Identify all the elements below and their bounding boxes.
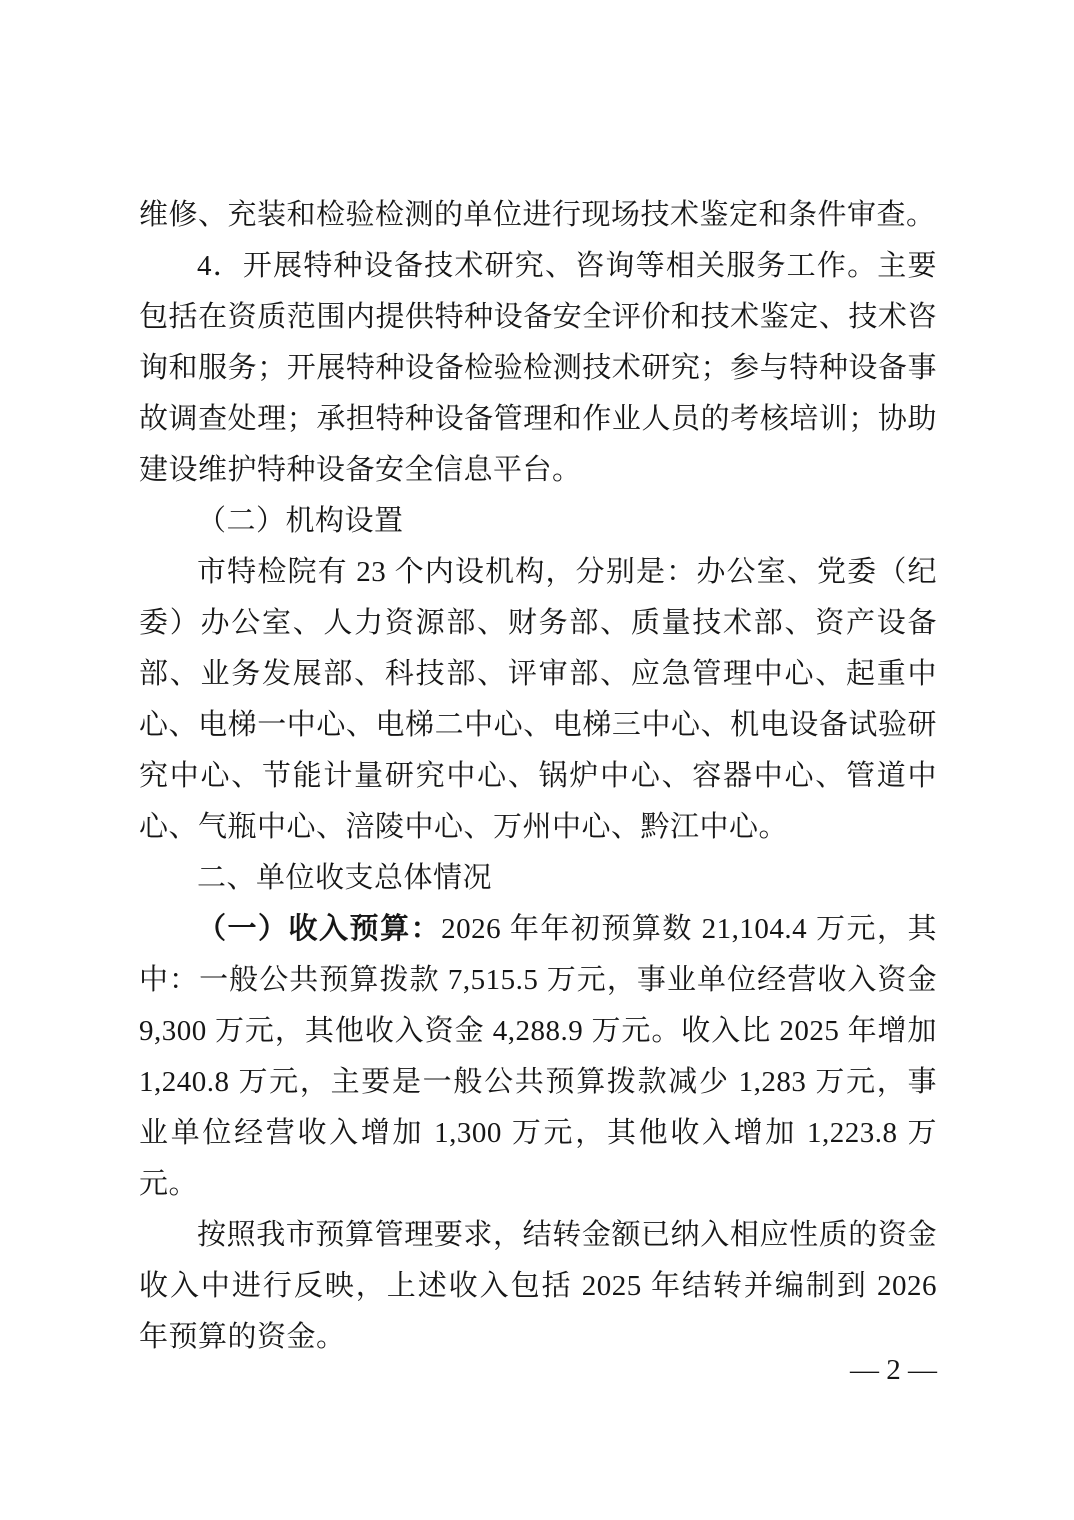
document-body: 维修、充装和检验检测的单位进行现场技术鉴定和条件审查。 4．开展特种设备技术研究…	[139, 190, 937, 1363]
paragraph-carryover-note: 按照我市预算管理要求，结转金额已纳入相应性质的资金收入中进行反映，上述收入包括 …	[139, 1210, 937, 1363]
section-heading-org-setup: （二）机构设置	[139, 496, 937, 547]
page-number: — 2 —	[850, 1350, 937, 1390]
paragraph-org-list: 市特检院有 23 个内设机构，分别是：办公室、党委（纪委）办公室、人力资源部、财…	[139, 547, 937, 853]
section-heading-income-expense-overview: 二、单位收支总体情况	[139, 853, 937, 904]
income-budget-label: （一）收入预算：	[197, 913, 441, 945]
paragraph-income-budget: （一）收入预算：2026 年年初预算数 21,104.4 万元，其中：一般公共预…	[139, 904, 937, 1210]
document-page: 维修、充装和检验检测的单位进行现场技术鉴定和条件审查。 4．开展特种设备技术研究…	[0, 0, 1074, 1520]
paragraph-item4-services: 4．开展特种设备技术研究、咨询等相关服务工作。主要包括在资质范围内提供特种设备安…	[139, 241, 937, 496]
paragraph-continuation: 维修、充装和检验检测的单位进行现场技术鉴定和条件审查。	[139, 190, 937, 241]
income-budget-text: 2026 年年初预算数 21,104.4 万元，其中：一般公共预算拨款 7,51…	[139, 913, 937, 1200]
